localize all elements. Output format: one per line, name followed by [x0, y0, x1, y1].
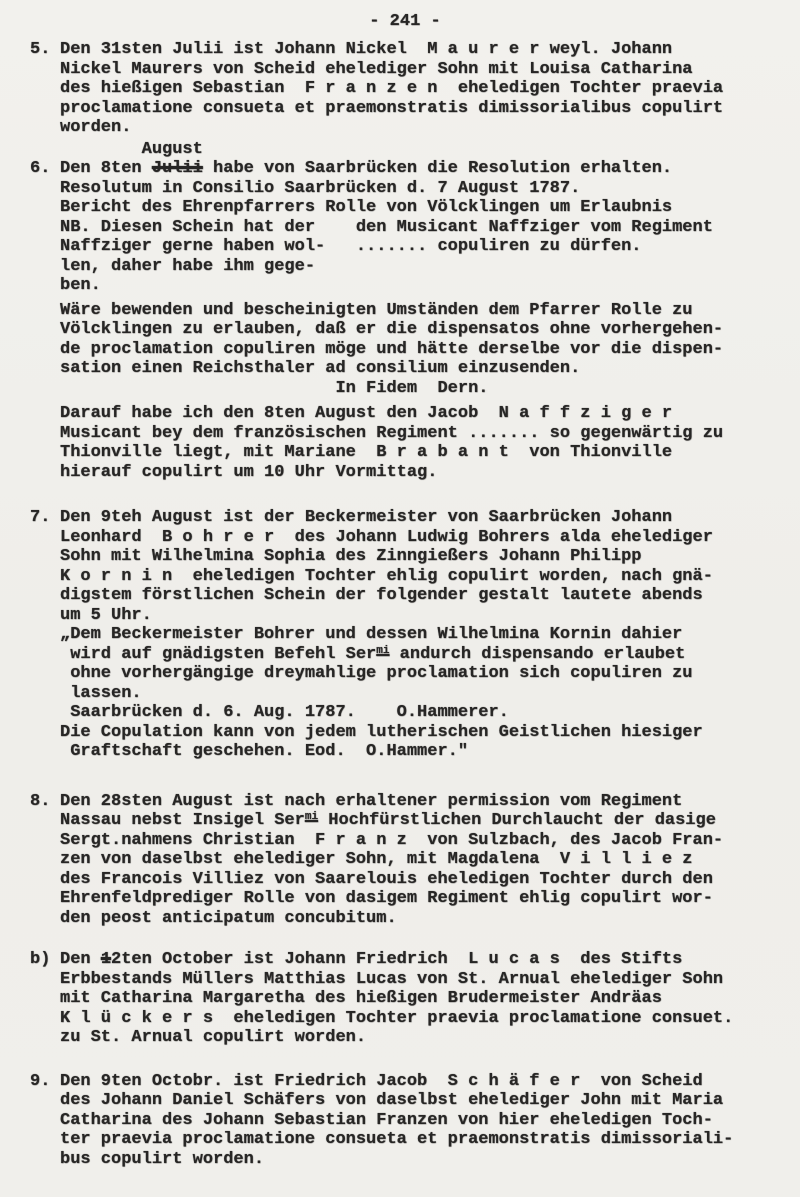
- text-line: Catharina des Johann Sebastian Franzen v…: [60, 1111, 780, 1131]
- text-line: Völcklingen zu erlauben, daß er die disp…: [60, 320, 780, 340]
- entry-5: 5.Den 31sten Julii ist Johann Nickel M a…: [30, 40, 780, 138]
- superscript-text: mi: [376, 642, 389, 662]
- superscript-text: Den: [60, 950, 101, 969]
- superscript-text: andurch dispensando erlaubet: [389, 645, 685, 664]
- text-line: um 5 Uhr.: [60, 606, 780, 626]
- text-line: Leonhard B o h r e r des Johann Ludwig B…: [60, 528, 780, 548]
- struck-text: 1: [101, 950, 111, 969]
- text-line: Erbbestands Müllers Matthias Lucas von S…: [60, 970, 780, 990]
- superscript-text: habe von Saarbrücken die Resolution erha…: [203, 159, 672, 178]
- entry-9: 9.Den 9ten Octobr. ist Friedrich Jacob S…: [30, 1072, 780, 1170]
- entry-6: 6.Den 8ten Julii habe von Saarbrücken di…: [30, 159, 780, 296]
- text-line: des Francois Villiez von Saarelouis ehel…: [60, 870, 780, 890]
- entries-container: 5.Den 31sten Julii ist Johann Nickel M a…: [30, 40, 780, 1169]
- text-line: Graftschaft geschehen. Eod. O.Hammer.": [60, 742, 780, 762]
- text-line: K l ü c k e r s eheledigen Tochter praev…: [60, 1009, 780, 1029]
- text-line: Saarbrücken d. 6. Aug. 1787. O.Hammerer.: [60, 703, 780, 723]
- note-waere: Wäre bewenden und bescheinigten Umstände…: [30, 301, 780, 399]
- text-line: August: [60, 140, 780, 160]
- entry-7: 7.Den 9teh August ist der Beckermeister …: [30, 508, 780, 762]
- text-line: Nickel Maurers von Scheid ehelediger Soh…: [60, 60, 780, 80]
- text-line: Sergt.nahmens Christian F r a n z von Su…: [60, 831, 780, 851]
- text-line: wird auf gnädigsten Befehl Sermi andurch…: [60, 645, 780, 665]
- text-line: mit Catharina Margaretha des hießigen Br…: [60, 989, 780, 1009]
- text-line: Naffziger gerne haben wol- ....... copul…: [60, 237, 780, 257]
- superscript-text: Hochfürstlichen Durchlaucht der dasige: [318, 811, 716, 830]
- text-line: digstem förstlichen Schein der folgender…: [60, 586, 780, 606]
- text-line: proclamatione consueta et praemonstratis…: [60, 99, 780, 119]
- text-line: bus copulirt worden.: [60, 1150, 780, 1170]
- text-line: zu St. Arnual copulirt worden.: [60, 1028, 780, 1048]
- text-line: sation einen Reichsthaler ad consilium e…: [60, 359, 780, 379]
- text-line: K o r n i n eheledigen Tochter ehlig cop…: [60, 567, 780, 587]
- text-line: worden.: [60, 118, 780, 138]
- entry-b: b)Den 12ten October ist Johann Friedrich…: [30, 950, 780, 1048]
- text-line: „Dem Beckermeister Bohrer und dessen Wil…: [60, 625, 780, 645]
- text-line: ohne vorhergängige dreymahlige proclamat…: [60, 664, 780, 684]
- text-line: ter praevia proclamatione consueta et pr…: [60, 1130, 780, 1150]
- entry-number: b): [30, 950, 50, 970]
- superscript-text: 2ten October ist Johann Friedrich L u c …: [111, 950, 682, 969]
- text-line: Resolutum in Consilio Saarbrücken d. 7 A…: [60, 179, 780, 199]
- note-darauf: Darauf habe ich den 8ten August den Jaco…: [30, 404, 780, 482]
- superscript-text: Den 8ten: [60, 159, 152, 178]
- text-line: Den 12ten October ist Johann Friedrich L…: [60, 950, 780, 970]
- text-line: des hießigen Sebastian F r a n z e n ehe…: [60, 79, 780, 99]
- text-line: hierauf copulirt um 10 Uhr Vormittag.: [60, 463, 780, 483]
- text-line: Thionville liegt, mit Mariane B r a b a …: [60, 443, 780, 463]
- text-line: Nassau nebst Insigel Sermi Hochfürstlich…: [60, 811, 780, 831]
- superscript-text: mi: [305, 808, 318, 828]
- text-line: NB. Diesen Schein hat der den Musicant N…: [60, 218, 780, 238]
- text-line: ben.: [60, 276, 780, 296]
- text-line: Die Copulation kann von jedem lutherisch…: [60, 723, 780, 743]
- text-line: In Fidem Dern.: [60, 379, 780, 399]
- superscript-text: Nassau nebst Insigel Ser: [60, 811, 305, 830]
- text-line: Den 8ten Julii habe von Saarbrücken die …: [60, 159, 780, 179]
- text-line: de proclamation copuliren möge und hätte…: [60, 340, 780, 360]
- struck-text: Julii: [152, 159, 203, 178]
- text-line: den peost anticipatum concubitum.: [60, 909, 780, 929]
- insertion-august: August: [30, 140, 780, 160]
- entry-number: 9.: [30, 1072, 50, 1092]
- text-line: Sohn mit Wilhelmina Sophia des Zinngieße…: [60, 547, 780, 567]
- text-line: Ehrenfeldprediger Rolle von dasigem Regi…: [60, 889, 780, 909]
- document-page: - 241 - 5.Den 31sten Julii ist Johann Ni…: [0, 0, 800, 1197]
- text-line: lassen.: [60, 684, 780, 704]
- entry-number: 7.: [30, 508, 50, 528]
- page-number: - 241 -: [30, 12, 780, 32]
- text-line: des Johann Daniel Schäfers von daselbst …: [60, 1091, 780, 1111]
- text-line: Darauf habe ich den 8ten August den Jaco…: [60, 404, 780, 424]
- text-line: len, daher habe ihm gege-: [60, 257, 780, 277]
- text-line: Den 28sten August ist nach erhaltener pe…: [60, 792, 780, 812]
- text-line: Den 31sten Julii ist Johann Nickel M a u…: [60, 40, 780, 60]
- text-line: Bericht des Ehrenpfarrers Rolle von Völc…: [60, 198, 780, 218]
- entry-8: 8.Den 28sten August ist nach erhaltener …: [30, 792, 780, 929]
- entry-number: 8.: [30, 792, 50, 812]
- text-line: Wäre bewenden und bescheinigten Umstände…: [60, 301, 780, 321]
- entry-number: 5.: [30, 40, 50, 60]
- text-line: zen von daselbst ehelediger Sohn, mit Ma…: [60, 850, 780, 870]
- text-line: Den 9ten Octobr. ist Friedrich Jacob S c…: [60, 1072, 780, 1092]
- entry-number: 6.: [30, 159, 50, 179]
- text-line: Musicant bey dem französischen Regiment …: [60, 424, 780, 444]
- superscript-text: wird auf gnädigsten Befehl Ser: [60, 645, 376, 664]
- text-line: Den 9teh August ist der Beckermeister vo…: [60, 508, 780, 528]
